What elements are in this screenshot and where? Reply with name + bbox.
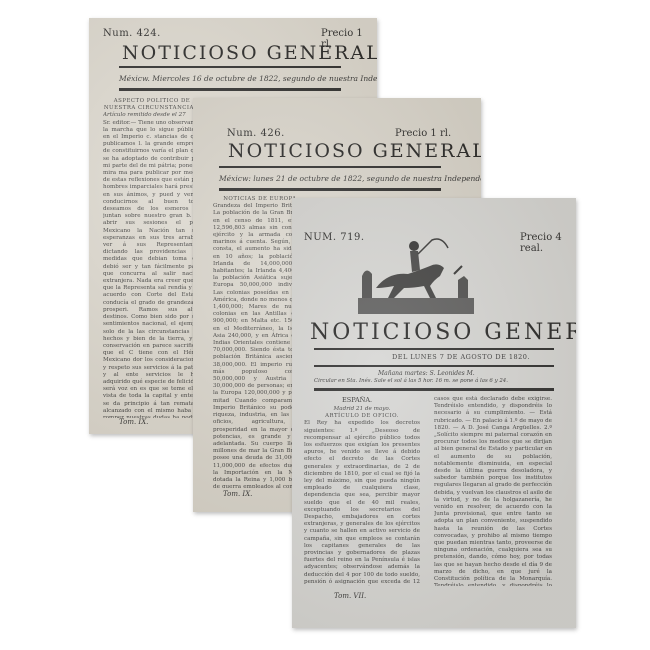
- article-column: ASPECTO POLITICO DE NUESTRA CIRCUNSTANCI…: [103, 98, 201, 418]
- dateline: Méxicw. Miercoles 16 de octubre de 1822,…: [119, 74, 377, 83]
- issue-number: NUM. 719.: [304, 232, 365, 243]
- saint-of-day: Mañana martes: S. Leonides M.: [378, 370, 475, 377]
- header-rule: [314, 388, 554, 391]
- section-heading: ASPECTO POLITICO DE NUESTRA CIRCUNSTANCI…: [103, 98, 201, 112]
- masthead-title: NOTICIOSO GENERAL.: [122, 42, 377, 64]
- article-body-left: El Rey ha expedido los decretos siguient…: [304, 420, 420, 586]
- masthead-title: NOTICIOSO GENERAL.: [228, 140, 481, 162]
- newspaper-issue-719: NUM. 719. Precio 4 real. NOTICIOSO GENER…: [292, 198, 576, 628]
- section-heading: ESPAÑA.: [342, 396, 372, 404]
- article-body: Sr. editor.— Tiene uno observando la mar…: [103, 120, 201, 418]
- almanac-line: Circular en Sta. Inés. Sale el sol á las…: [314, 378, 508, 384]
- dateline: Méxicw: lunes 21 de octubre de 1822, seg…: [219, 174, 481, 183]
- issue-price: Precio 1 rl.: [395, 128, 451, 139]
- subheading: ARTÍCULO DE OFICIO.: [304, 413, 420, 420]
- dateline: DEL LUNES 7 DE AGOSTO DE 1820.: [392, 353, 530, 361]
- masthead-rule: [219, 166, 441, 168]
- article-lead: Artículo remitido desde el 27: [103, 112, 201, 119]
- issue-number: Num. 424.: [103, 28, 161, 39]
- article-column-left: Madrid 21 de mayo. ARTÍCULO DE OFICIO. E…: [304, 406, 420, 586]
- article-body-right: casos que está declarado debe exigirse. …: [434, 396, 552, 586]
- masthead-rule: [119, 66, 341, 68]
- dateline-rule: [119, 88, 341, 91]
- masthead-title: NOTICIOSO GENERAL.: [310, 320, 576, 345]
- volume-footer: Tom. IX.: [223, 490, 252, 498]
- dateline-rule: [219, 188, 441, 191]
- issue-price: Precio 4 real.: [520, 232, 576, 254]
- horse-rider-woodcut-icon: [358, 236, 474, 316]
- article-column-right: casos que está declarado debe exigirse. …: [434, 396, 552, 586]
- dateline-rule: [314, 365, 554, 367]
- masthead-rule: [314, 348, 554, 350]
- volume-footer: Tom. VII.: [334, 592, 366, 600]
- volume-footer: Tom. IX.: [119, 418, 148, 426]
- issue-number: Num. 426.: [227, 128, 285, 139]
